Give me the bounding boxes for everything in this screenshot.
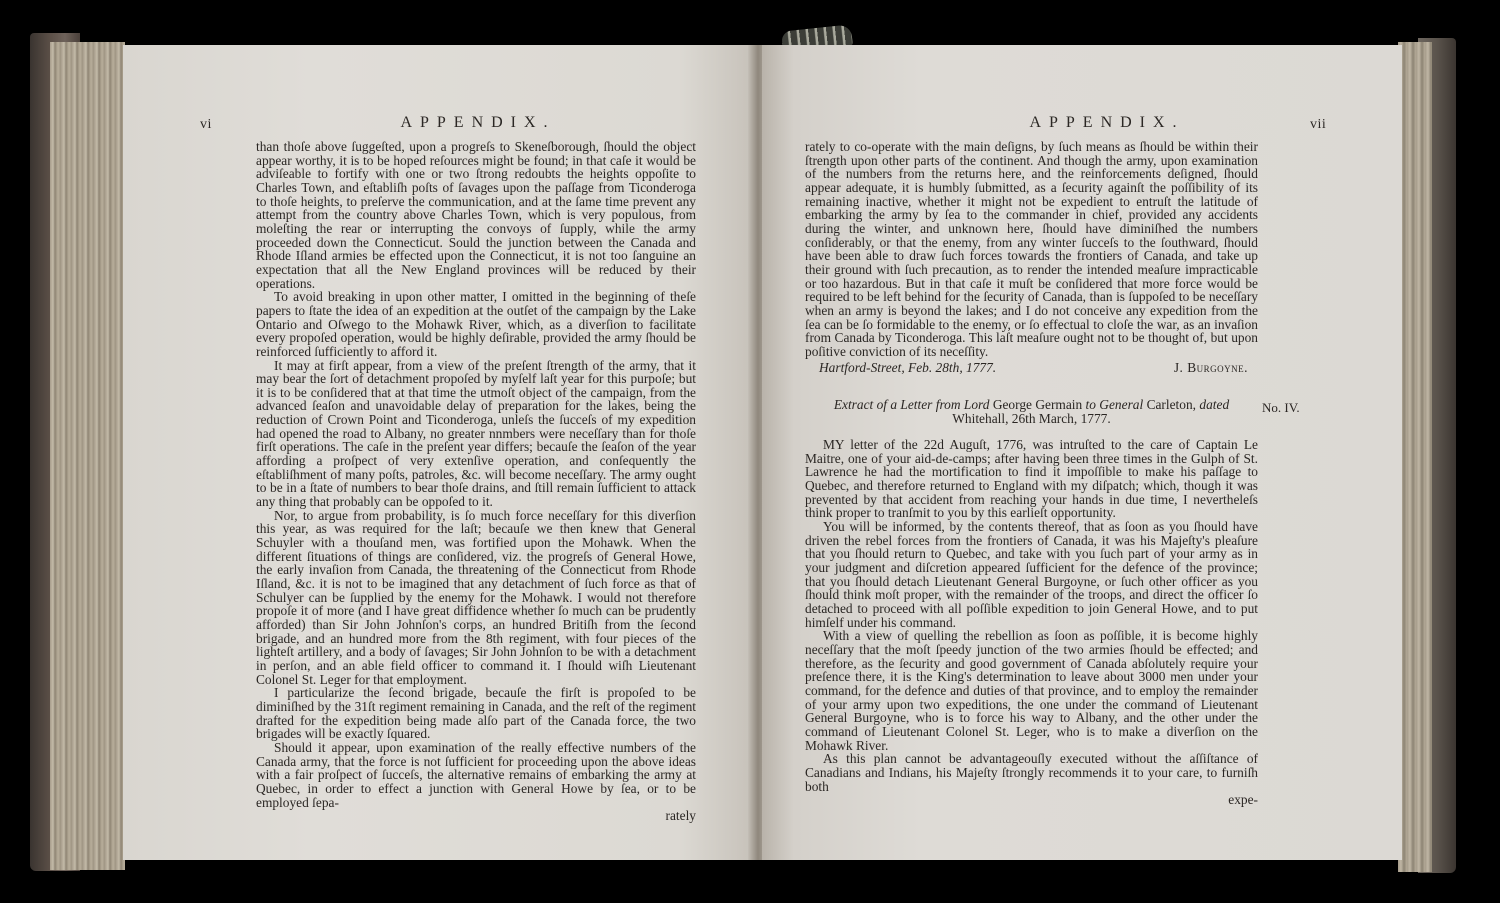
heading-italic: Extract of a Letter from Lord — [834, 397, 990, 412]
paragraph: Should it appear, upon examination of th… — [256, 741, 696, 809]
paragraph: I particularize the ſecond brigade, beca… — [256, 686, 696, 741]
signature-name: J. Burgoyne. — [1174, 361, 1258, 375]
catchword: expe- — [805, 793, 1258, 807]
running-head: APPENDIX. — [313, 114, 643, 132]
paragraph: As this plan cannot be advantageouſly ex… — [805, 752, 1258, 793]
signature-row: Hartford-Street, Feb. 28th, 1777. J. Bur… — [805, 361, 1258, 375]
page-number: vii — [1310, 117, 1326, 133]
left-text-block: than thoſe above ſuggeſted, upon a progr… — [256, 140, 696, 823]
extract-heading: Extract of a Letter from Lord George Ger… — [805, 398, 1258, 426]
paragraph: It may at firſt appear, from a view of t… — [256, 359, 696, 509]
paragraph: You will be informed, by the contents th… — [805, 520, 1258, 629]
catchword: rately — [256, 809, 696, 823]
left-page: vi APPENDIX. than thoſe above ſuggeſted,… — [123, 45, 755, 860]
paragraph: than thoſe above ſuggeſted, upon a progr… — [256, 140, 696, 290]
heading-date: Whitehall, 26th March, 1777. — [952, 411, 1110, 426]
page-edges-right — [1398, 42, 1432, 872]
paragraph: MY letter of the 22d Auguſt, 1776, was i… — [805, 438, 1258, 520]
running-head: APPENDIX. — [937, 114, 1277, 132]
signature-place-date: Hartford-Street, Feb. 28th, 1777. — [805, 361, 996, 375]
heading-name: Carleton, — [1147, 397, 1196, 412]
page-edges-left — [50, 42, 125, 870]
heading-italic: dated — [1199, 397, 1229, 412]
side-note: No. IV. — [1262, 400, 1300, 416]
heading-name: George Germain — [993, 397, 1082, 412]
paragraph: rately to co-operate with the main deſig… — [805, 140, 1258, 359]
heading-italic: to General — [1086, 397, 1144, 412]
right-page: APPENDIX. vii rately to co-operate with … — [762, 45, 1402, 860]
right-text-block: rately to co-operate with the main deſig… — [805, 140, 1258, 807]
paragraph: Nor, to argue from probability, is ſo mu… — [256, 509, 696, 687]
page-number: vi — [200, 117, 212, 133]
paragraph: To avoid breaking in upon other matter, … — [256, 290, 696, 358]
paragraph: With a view of quelling the rebellion as… — [805, 629, 1258, 752]
